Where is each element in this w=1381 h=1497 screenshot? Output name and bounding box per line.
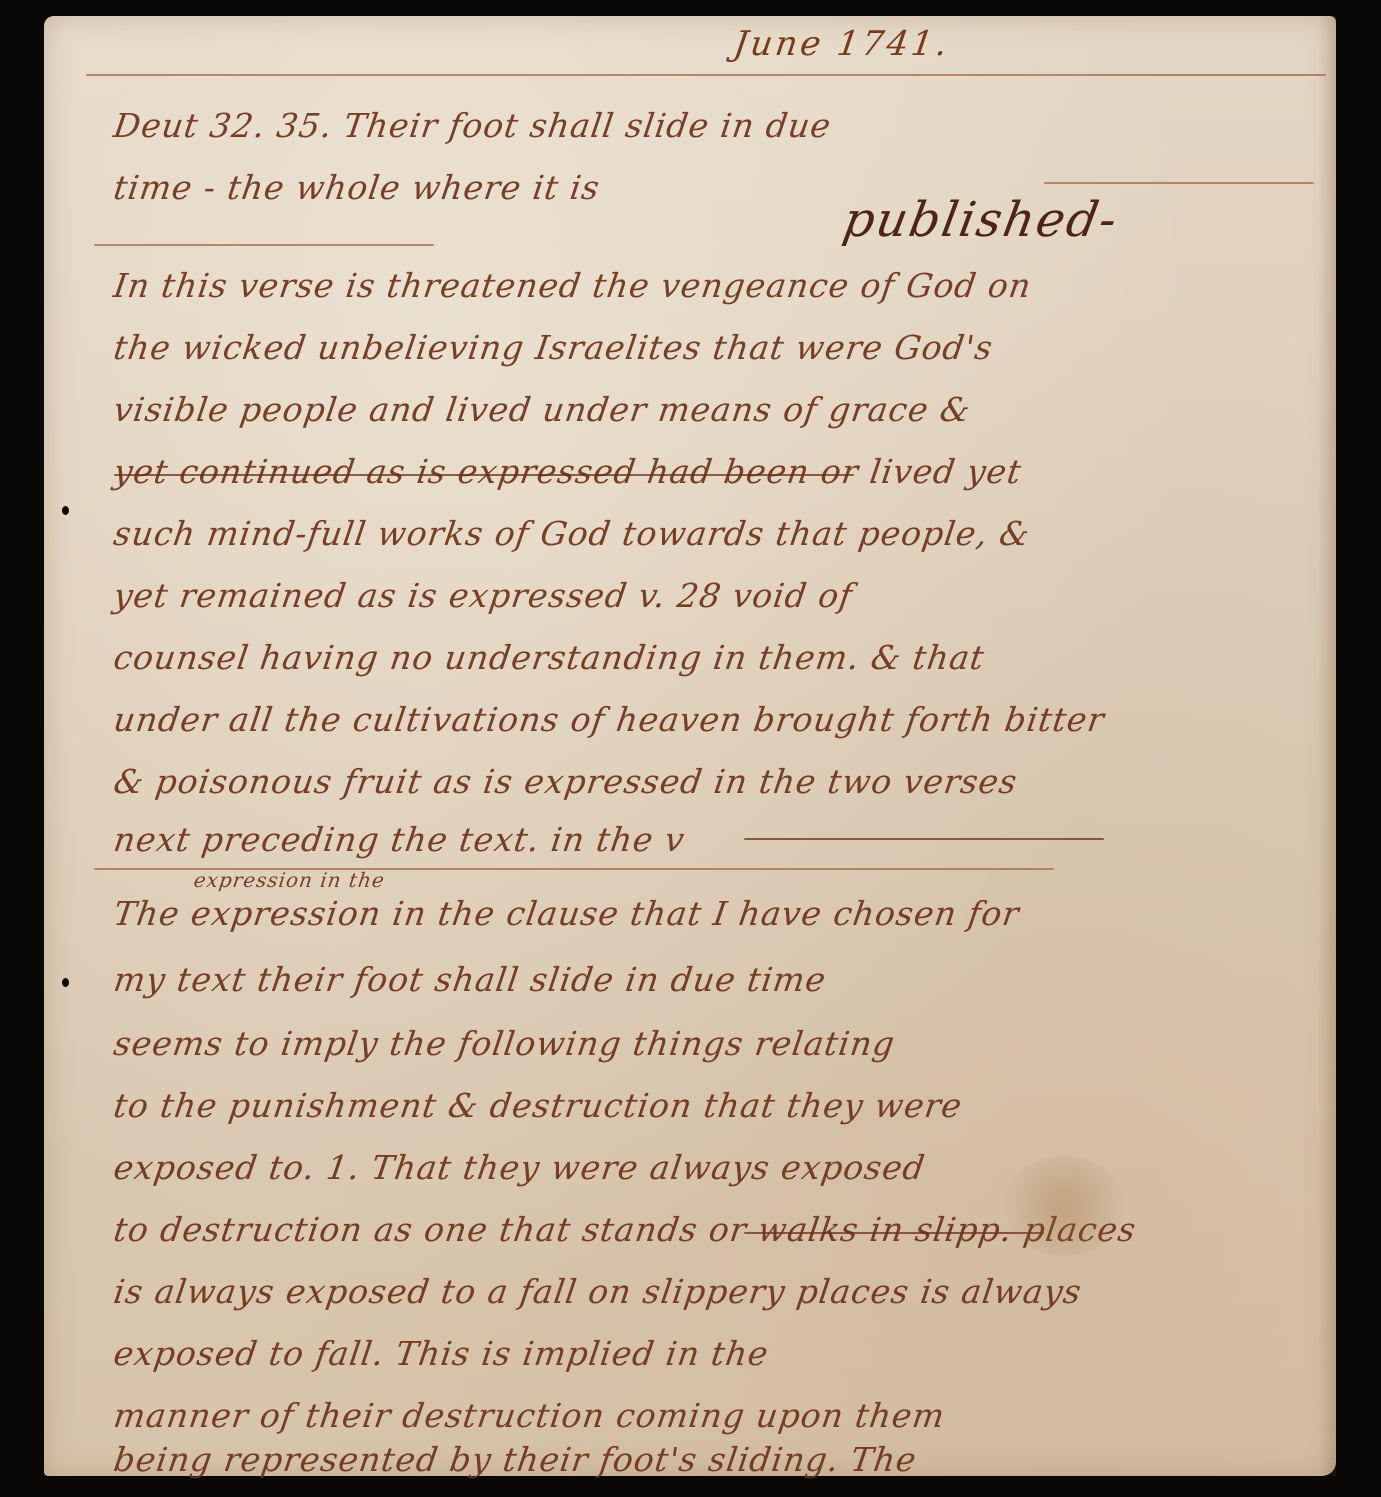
manuscript-line-21: manner of their destruction coming upon … <box>111 1396 947 1435</box>
manuscript-line-22: being represented by their foot's slidin… <box>111 1440 919 1479</box>
manuscript-line-1: Deut 32. 35. Their foot shall slide in d… <box>111 106 834 145</box>
manuscript-line-6: yet continued as is expressed had been o… <box>111 452 1024 491</box>
manuscript-line-9: counsel having no understanding in them.… <box>111 638 987 677</box>
manuscript-line-13: The expression in the clause that I have… <box>111 894 1022 933</box>
manuscript-line-5: visible people and lived under means of … <box>111 390 973 429</box>
strike-through-line-18 <box>744 1232 1044 1234</box>
strike-through-line-12 <box>744 838 1104 840</box>
wormhole <box>62 506 69 515</box>
manuscript-line-16: to the punishment & destruction that the… <box>111 1086 965 1125</box>
manuscript-line-2: time - the whole where it is <box>111 168 602 207</box>
manuscript-line-11: & poisonous fruit as is expressed in the… <box>111 762 1020 801</box>
manuscript-line-17: exposed to. 1. That they were always exp… <box>111 1148 928 1187</box>
manuscript-line-7: such mind-full works of God towards that… <box>111 514 1032 553</box>
interlinear-insert: expression in the <box>192 868 386 892</box>
manuscript-line-12: next preceding the text. in the v <box>111 820 687 859</box>
section-rule-right <box>1044 182 1314 184</box>
manuscript-line-18: to destruction as one that stands or wal… <box>111 1210 1139 1249</box>
manuscript-line-19: is always exposed to a fall on slippery … <box>111 1272 1084 1311</box>
section-rule-left <box>94 244 434 246</box>
published-annotation: published- <box>839 192 1123 248</box>
manuscript-line-14: my text their foot shall slide in due ti… <box>111 960 829 999</box>
manuscript-line-20: exposed to fall. This is implied in the <box>111 1334 771 1373</box>
strike-through-line-6 <box>114 474 854 476</box>
manuscript-line-8: yet remained as is expressed v. 28 void … <box>111 576 855 615</box>
manuscript-line-3: In this verse is threatened the vengeanc… <box>111 266 1034 305</box>
manuscript-line-4: the wicked unbelieving Israelites that w… <box>111 328 995 367</box>
manuscript-line-15: seems to imply the following things rela… <box>111 1024 897 1063</box>
water-stain <box>1004 1156 1124 1256</box>
top-rule <box>86 74 1326 76</box>
manuscript-page: June 1741. Deut 32. 35. Their foot shall… <box>44 16 1336 1476</box>
header-date: June 1741. <box>731 24 952 64</box>
manuscript-line-10: under all the cultivations of heaven bro… <box>111 700 1107 739</box>
wormhole <box>62 978 69 987</box>
